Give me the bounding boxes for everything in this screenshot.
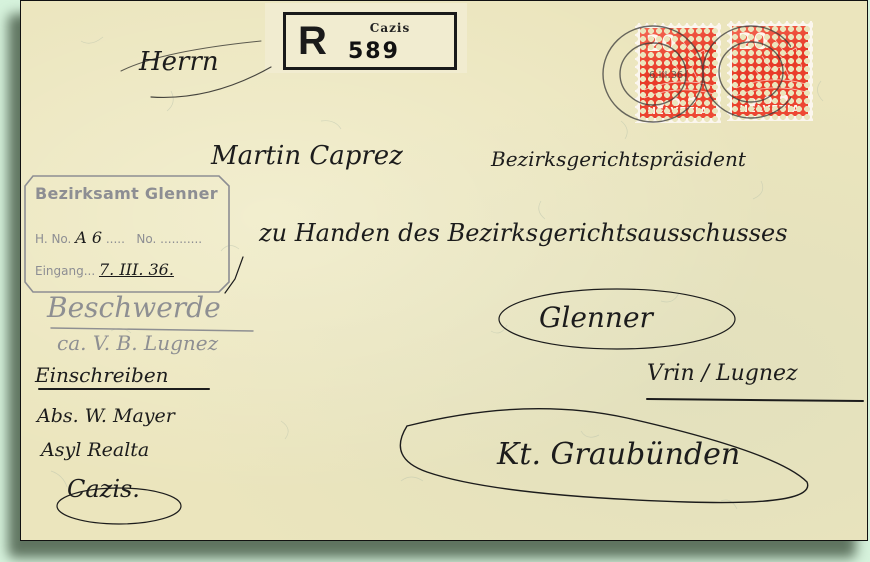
ink-flourishes — [21, 1, 868, 541]
envelope: R Cazis 589 20 HELVETIA — [20, 0, 868, 541]
